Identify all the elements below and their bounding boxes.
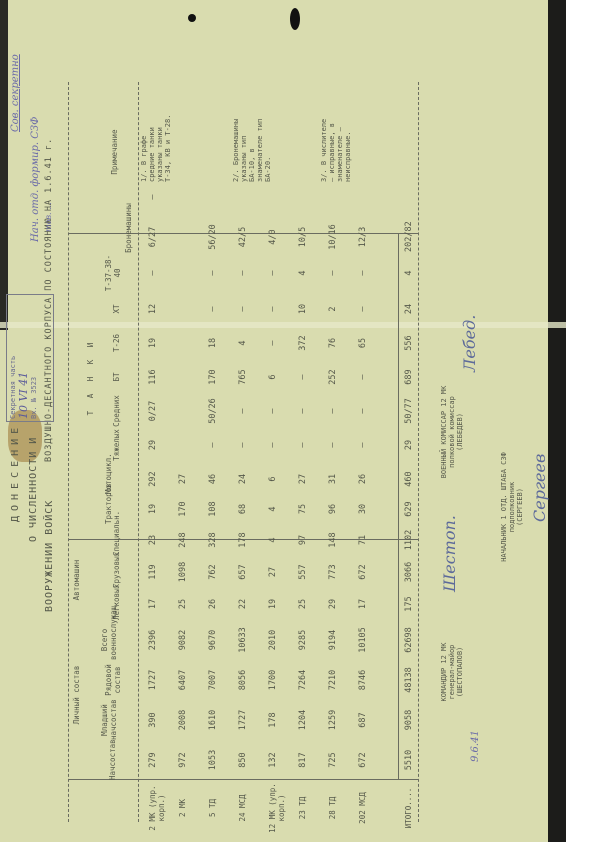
table-cell: 6: [268, 360, 278, 394]
table-cell: 27: [268, 556, 278, 588]
table-cell: 12: [148, 292, 158, 326]
group-header-tanks: Т А Н К И: [86, 302, 95, 452]
table-cell: –: [298, 428, 308, 462]
table-cell: 762: [208, 556, 218, 588]
handwritten-classification: Сов. секретно: [10, 54, 21, 132]
table-cell: 19: [268, 588, 278, 620]
table-cell: 17: [358, 588, 368, 620]
row-unit-label: 23 ТД: [298, 780, 307, 836]
col-header: Специальн.: [112, 524, 121, 556]
table-cell: –: [358, 360, 368, 394]
table-cell: 46: [208, 464, 218, 494]
handwritten-signature: Шестоп.: [440, 515, 459, 592]
table-cell: 6/27: [148, 222, 158, 252]
col-header: Т-37-38-40: [104, 254, 122, 292]
table-cell: 12/3: [358, 222, 368, 252]
table-cell: 9058: [404, 700, 414, 740]
table-cell: 71: [358, 524, 368, 556]
table-cell: –: [358, 254, 368, 292]
signer-name: (ЛЕБЕДЕВ): [456, 352, 464, 512]
table-cell: 132: [268, 740, 278, 780]
table-cell: 10/16: [328, 222, 338, 252]
table-cell: 7210: [328, 660, 338, 700]
table-cell: 629: [404, 494, 414, 524]
table-cell: 9285: [298, 620, 308, 660]
table-cell: 96: [328, 494, 338, 524]
table-cell: 1700: [268, 660, 278, 700]
table-cell: 175: [404, 588, 414, 620]
table-cell: 725: [328, 740, 338, 780]
table-cell: 4/0: [268, 222, 278, 252]
table-cell: –: [268, 292, 278, 326]
table-cell: –: [268, 254, 278, 292]
table-cell: 850: [238, 740, 248, 780]
table-cell: 773: [328, 556, 338, 588]
table-cell: 9194: [328, 620, 338, 660]
table-cell: 27: [298, 464, 308, 494]
table-cell: 657: [238, 556, 248, 588]
table-cell: 252: [328, 360, 338, 394]
table-cell: 27: [178, 464, 188, 494]
table-cell: 48138: [404, 660, 414, 700]
table-cell: 170: [178, 494, 188, 524]
table-cell: 765: [238, 360, 248, 394]
table-cell: 372: [298, 326, 308, 360]
signature-block-chief: НАЧАЛЬНИК 1 ОТД. ШТАБА СЗФ подполковник …: [500, 432, 524, 582]
table-cell: –: [268, 394, 278, 428]
table-cell: –: [358, 292, 368, 326]
row-unit-label: 24 МСД: [238, 780, 247, 836]
table-cell: 4: [268, 494, 278, 524]
document-title: ДОНЕСЕНИЕ: [10, 423, 21, 522]
table-cell: 4: [404, 254, 414, 292]
table-cell: 1098: [178, 556, 188, 588]
table-cell: 26: [208, 588, 218, 620]
table-cell: 1727: [148, 660, 158, 700]
table-cell: –: [238, 394, 248, 428]
row-unit-label: 2 МК (упр. корп.): [148, 780, 166, 836]
table-cell: 1102: [404, 524, 414, 556]
footnote: 3/. В числителе – исправные, в знаменате…: [320, 112, 352, 182]
stamp-label: Секретная часть: [9, 297, 17, 419]
table-cell: 10633: [238, 620, 248, 660]
table-cell: 460: [404, 464, 414, 494]
table-cell: 50/26: [208, 394, 218, 428]
table-cell: 29: [404, 428, 414, 462]
table-cell: 248: [178, 524, 188, 556]
signature-block-commissar: ВОЕННЫЙ КОМИССАР 12 МК полковой комиссар…: [440, 352, 464, 512]
stamp-date: 10 VI 41: [17, 297, 30, 419]
table-cell: 17: [148, 588, 158, 620]
table-cell: 25: [298, 588, 308, 620]
footnote: 2/. Бронемашины указаны тип БА-10, в зна…: [232, 112, 272, 182]
table-cell: 178: [268, 700, 278, 740]
table-cell: 26: [358, 464, 368, 494]
col-header: Грузовых: [112, 556, 121, 588]
table-cell: 19: [148, 494, 158, 524]
table-cell: 972: [178, 740, 188, 780]
table-cell: 1053: [208, 740, 218, 780]
table-cell: 1259: [328, 700, 338, 740]
table-cell: 687: [358, 700, 368, 740]
table-cell: 4: [268, 524, 278, 556]
table-cell: 2010: [268, 620, 278, 660]
row-unit-label: 5 ТД: [208, 780, 217, 836]
table-cell: 6407: [178, 660, 188, 700]
handwritten-note: Нач. отд. формир. СЗФ: [30, 117, 41, 242]
table-cell: 2008: [178, 700, 188, 740]
table-cell: –: [328, 428, 338, 462]
rotated-document: ДОНЕСЕНИЕ О ЧИСЛЕННОСТИ И ВООРУЖЕНИИ ВОЙ…: [0, 0, 566, 842]
col-header: Т-26: [112, 326, 121, 360]
table-cell: 10/5: [298, 222, 308, 252]
table-cell: 56/20: [208, 222, 218, 252]
col-header: Начсостав: [108, 740, 117, 780]
table-cell: 25: [178, 588, 188, 620]
table-cell: 65: [358, 326, 368, 360]
registry-stamp: Секретная часть 10 VI 41 Вх. № 3523: [6, 294, 54, 422]
col-header: Тракторов: [104, 494, 113, 524]
signer-rank: полковой комиссар: [448, 352, 456, 512]
table-cell: 30: [358, 494, 368, 524]
table-cell: 202/82: [404, 222, 414, 252]
table-cell: 24: [404, 292, 414, 326]
table-cell: 75: [298, 494, 308, 524]
table-cell: 119: [148, 556, 158, 588]
col-header: Средних: [112, 394, 121, 428]
scanned-page: ДОНЕСЕНИЕ О ЧИСЛЕННОСТИ И ВООРУЖЕНИИ ВОЙ…: [0, 0, 566, 842]
table-cell: 170: [208, 360, 218, 394]
table-cell: 390: [148, 700, 158, 740]
table-cell: –: [298, 394, 308, 428]
table-cell: 2: [328, 292, 338, 326]
table-cell: 817: [298, 740, 308, 780]
table-cell: 9670: [208, 620, 218, 660]
col-header: Мотоцикл.: [104, 464, 113, 494]
table-cell: 5510: [404, 740, 414, 780]
table-cell: 2396: [148, 620, 158, 660]
table-cell: 50/77: [404, 394, 414, 428]
document-subtitle-2: ВООРУЖЕНИИ ВОЙСК: [44, 500, 55, 612]
signature-block-commander: КОМАНДИР 12 МК генерал-майор (ШЕСТОПАЛОВ…: [440, 602, 464, 742]
table-cell: 672: [358, 556, 368, 588]
table-cell: 76: [328, 326, 338, 360]
table-cell: –: [208, 254, 218, 292]
table-cell: 148: [328, 524, 338, 556]
col-header: Всего военнослужащ.: [100, 620, 118, 660]
table-bottom-rule: [418, 82, 419, 822]
signer-rank: генерал-майор: [448, 602, 456, 742]
table-cell: –: [358, 394, 368, 428]
table-cell: 6: [268, 464, 278, 494]
table-cell: 7007: [208, 660, 218, 700]
table-cell: 556: [404, 326, 414, 360]
table-cell: 4: [298, 254, 308, 292]
col-header: Тяжелых: [112, 428, 121, 462]
table-cell: –: [358, 428, 368, 462]
table-cell: –: [268, 428, 278, 462]
signer-name: (ШЕСТОПАЛОВ): [456, 602, 464, 742]
table-cell: –: [148, 254, 158, 292]
col-header: Рядовой состав: [104, 660, 122, 700]
table-cell: 672: [358, 740, 368, 780]
footnote: 1/. В графе средние танки указаны танки …: [140, 112, 172, 182]
table-cell: 292: [148, 464, 158, 494]
table-top-rule: [68, 82, 69, 822]
col-header: ХТ: [112, 292, 121, 326]
row-unit-label: 12 МК (упр. корп.): [268, 780, 286, 836]
row-unit-label: 28 ТД: [328, 780, 337, 836]
handwritten-signature: Сергеев: [530, 454, 549, 522]
table-cell: –: [238, 292, 248, 326]
table-cell: 116: [148, 360, 158, 394]
table-cell: 29: [148, 428, 158, 462]
table-cell: –: [208, 428, 218, 462]
table-cell: 68: [238, 494, 248, 524]
signer-name: (СЕРГЕЕВ): [516, 432, 524, 582]
table-cell: 328: [208, 524, 218, 556]
handwritten-date: 9.6.41: [470, 730, 481, 762]
col-header: Младший начсостав: [100, 700, 118, 740]
table-cell: –: [208, 292, 218, 326]
col-header: Бронемашины: [124, 198, 133, 258]
table-cell: 10105: [358, 620, 368, 660]
signer-title: НАЧАЛЬНИК 1 ОТД. ШТАБА СЗФ: [500, 432, 508, 582]
table-cell: 689: [404, 360, 414, 394]
table-cell: –: [238, 428, 248, 462]
signer-rank: подполковник: [508, 432, 516, 582]
table-cell: 18: [208, 326, 218, 360]
table-cell: 10: [298, 292, 308, 326]
table-cell: 29: [328, 588, 338, 620]
handwritten-signature: Лебед.: [460, 315, 479, 372]
stamp-number: Вх. № 3523: [30, 297, 38, 419]
row-unit-label: 2 МК: [178, 780, 187, 836]
totals-rule: [398, 234, 399, 780]
table-cell: 62698: [404, 620, 414, 660]
table-cell: 7264: [298, 660, 308, 700]
col-header: Примечание: [110, 112, 119, 192]
table-cell: –: [328, 394, 338, 428]
table-cell: 23: [148, 524, 158, 556]
table-cell: 1727: [238, 700, 248, 740]
col-header: БТ: [112, 360, 121, 394]
table-cell: –: [238, 254, 248, 292]
col-header: Легковых: [112, 588, 121, 620]
table-cell: 42/5: [238, 222, 248, 252]
table-cell: 9082: [178, 620, 188, 660]
table-cell: 8056: [238, 660, 248, 700]
handwritten-note-2: тов. ...: [44, 202, 53, 232]
table-cell: 4: [238, 326, 248, 360]
table-cell: 8746: [358, 660, 368, 700]
table-cell: 557: [298, 556, 308, 588]
row-unit-label: ИТОГО....: [404, 780, 413, 836]
table-cell: –: [298, 360, 308, 394]
table-cell: 31: [328, 464, 338, 494]
table-cell: 0/27: [148, 394, 158, 428]
row-unit-label: 202 МСД: [358, 780, 367, 836]
group-header-personnel: Личный состав: [72, 610, 81, 780]
table-cell: 178: [238, 524, 248, 556]
table-cell: 1204: [298, 700, 308, 740]
table-cell: –: [328, 254, 338, 292]
table-cell: 3066: [404, 556, 414, 588]
table-cell: 279: [148, 740, 158, 780]
signer-title: ВОЕННЫЙ КОМИССАР 12 МК: [440, 352, 448, 512]
table-cell: 24: [238, 464, 248, 494]
signer-title: КОМАНДИР 12 МК: [440, 602, 448, 742]
table-cell: 22: [238, 588, 248, 620]
table-cell: 108: [208, 494, 218, 524]
table-cell: –: [268, 326, 278, 360]
table-cell: 19: [148, 326, 158, 360]
table-cell: 97: [298, 524, 308, 556]
table-cell: 1610: [208, 700, 218, 740]
table-header-rule: [138, 82, 139, 822]
document-subtitle-1: О ЧИСЛЕННОСТИ И: [28, 437, 39, 542]
group-header-vehicles: Автомашин: [72, 540, 81, 620]
